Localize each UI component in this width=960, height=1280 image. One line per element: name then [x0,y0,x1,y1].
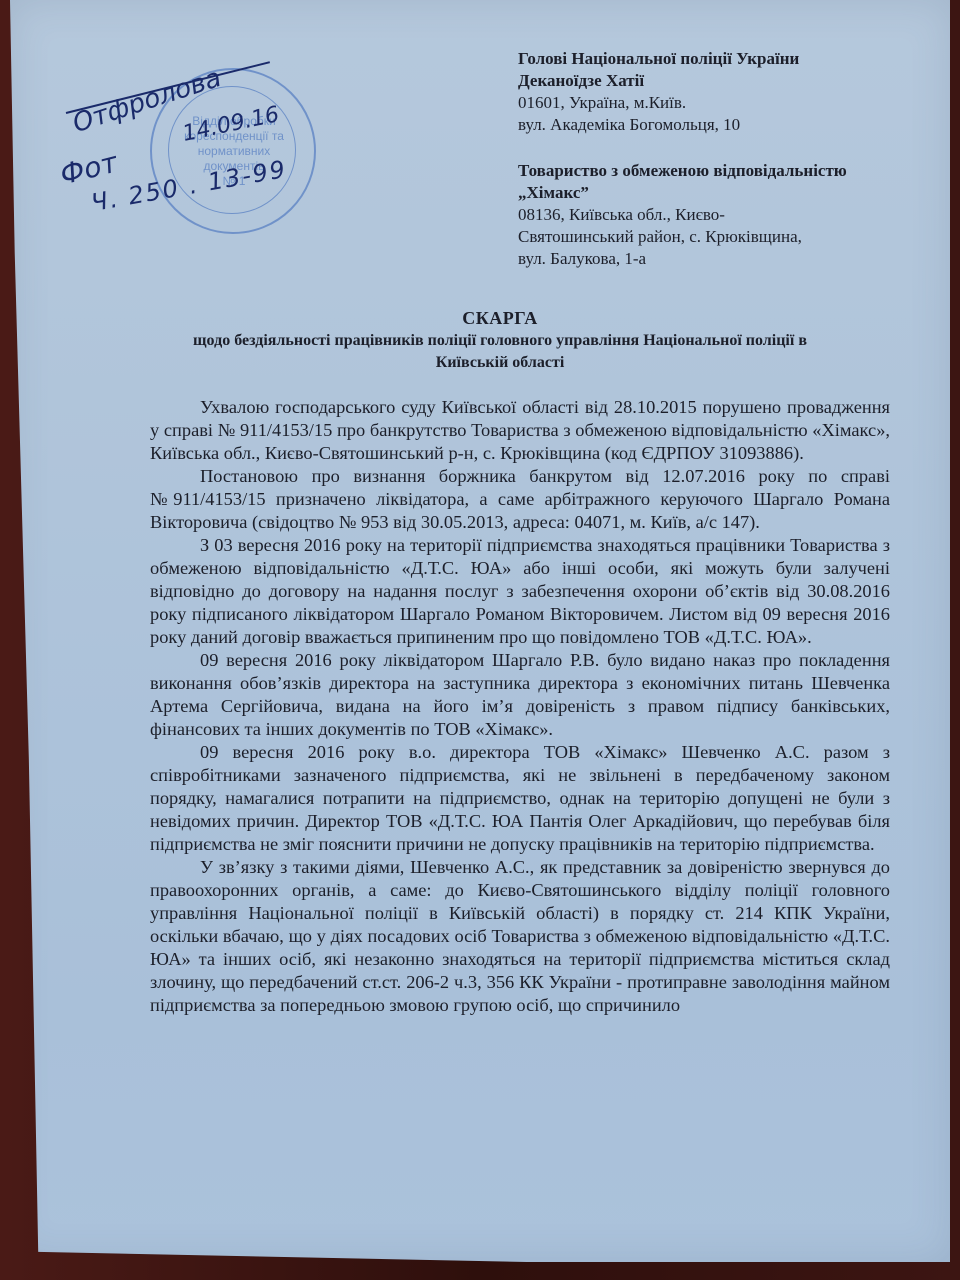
body-paragraph: З 03 вересня 2016 року на території підп… [150,534,890,649]
sender-address-line: 08136, Київська обл., Києво- [518,204,938,226]
spacer [518,136,938,160]
body-paragraph: Постановою про визнання боржника банкрут… [150,465,890,534]
addressee-block: Голові Національної поліції України Дека… [518,48,938,270]
document-subtitle-line: щодо бездіяльності працівників поліції г… [100,330,900,352]
body-paragraph: 09 вересня 2016 року ліквідатором Шаргал… [150,649,890,741]
document-title: СКАРГА [100,306,900,330]
recipient-address-line: вул. Академіка Богомольця, 10 [518,114,938,136]
sender-title: Товариство з обмеженою відповідальністю [518,160,938,182]
sender-name: „Хімакс” [518,182,938,204]
recipient-name: Деканоїдзе Хатії [518,70,938,92]
document-title-block: СКАРГА щодо бездіяльності працівників по… [100,306,900,374]
document-subtitle-line: Київській області [100,352,900,374]
body-paragraph: Ухвалою господарського суду Київської об… [150,396,890,465]
sender-address-line: вул. Балукова, 1-а [518,248,938,270]
document-body: Ухвалою господарського суду Київської об… [150,396,890,1017]
body-paragraph: У зв’язку з такими діями, Шевченко А.С.,… [150,856,890,1017]
body-paragraph: 09 вересня 2016 року в.о. директора ТОВ … [150,741,890,856]
recipient-title: Голові Національної поліції України [518,48,938,70]
recipient-address-line: 01601, Україна, м.Київ. [518,92,938,114]
sender-address-line: Святошинський район, с. Крюківщина, [518,226,938,248]
